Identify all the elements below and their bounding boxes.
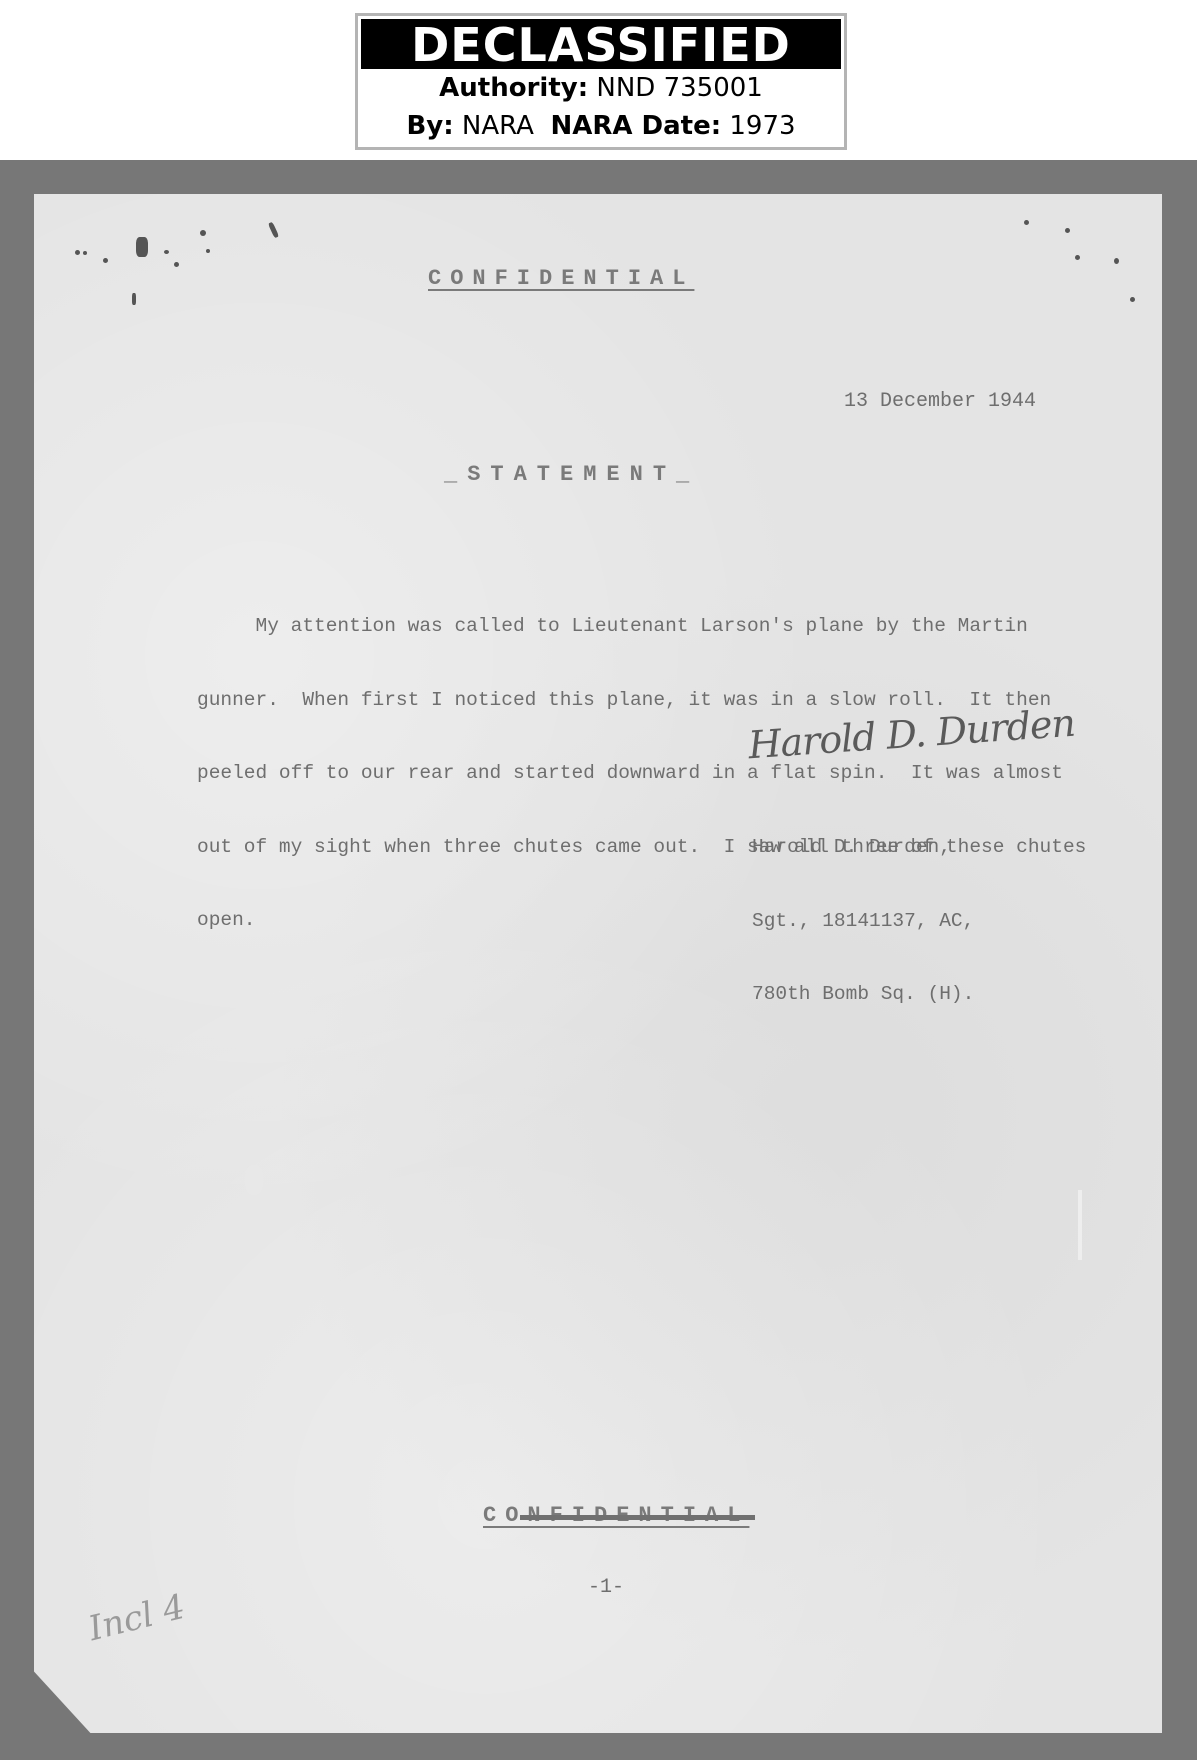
scan-artifact [1078, 1190, 1082, 1260]
by-line: By: NARA NARA Date: 1973 [358, 107, 844, 145]
document-date: 13 December 1944 [844, 390, 1036, 413]
nara-date-value: 1973 [729, 111, 795, 141]
scan-speck [75, 250, 80, 255]
scan-speck [200, 230, 206, 236]
body-line: peeled off to our rear and started downw… [197, 761, 1097, 786]
scan-speck [1114, 258, 1119, 264]
signer-rank-serial: Sgt., 18141137, AC, [752, 909, 974, 934]
statement-title: _STATEMENT_ [444, 462, 699, 487]
scan-speck [1130, 297, 1135, 302]
by-label: By: [406, 111, 453, 141]
page-number: -1- [588, 1576, 624, 1599]
scan-speck [103, 258, 108, 263]
declassified-title: DECLASSIFIED [361, 19, 841, 69]
body-line: My attention was called to Lieutenant La… [197, 614, 1097, 639]
signer-name: Harold D. Durden, [752, 835, 974, 860]
by-value: NARA [462, 111, 534, 141]
declassified-stamp: DECLASSIFIED Authority: NND 735001 By: N… [355, 13, 847, 150]
classification-header: CONFIDENTIAL [428, 266, 694, 291]
scan-speck [83, 251, 87, 255]
scan-speck [132, 293, 136, 305]
nara-date-label: NARA Date: [550, 111, 721, 141]
scan-speck [164, 250, 169, 254]
strikethrough-line [520, 1515, 755, 1520]
authority-value: NND 735001 [596, 73, 762, 103]
scan-speck [1075, 255, 1080, 260]
authority-line: Authority: NND 735001 [358, 69, 844, 107]
scan-speck [1024, 220, 1029, 225]
scan-speck [1065, 228, 1070, 233]
authority-label: Authority: [439, 73, 588, 103]
scan-speck [174, 262, 179, 267]
signature-block: Harold D. Durden, Sgt., 18141137, AC, 78… [752, 786, 974, 1031]
scan-artifact [245, 1165, 263, 1195]
scan-speck [206, 249, 210, 253]
scan-speck [136, 237, 148, 257]
signer-unit: 780th Bomb Sq. (H). [752, 982, 974, 1007]
